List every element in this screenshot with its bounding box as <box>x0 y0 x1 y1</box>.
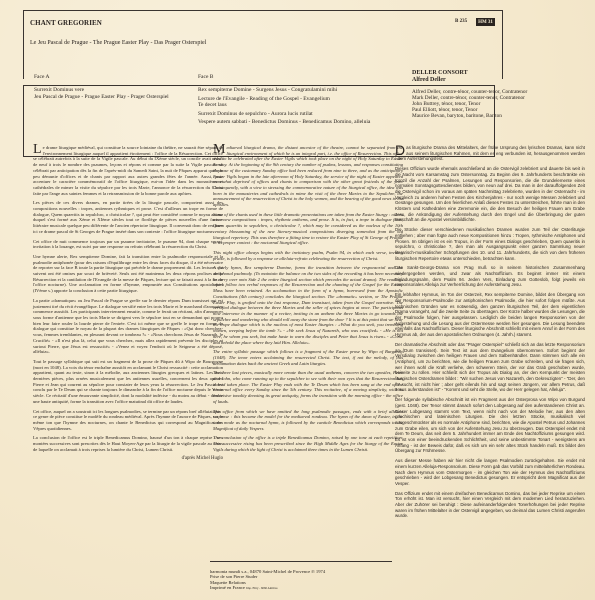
paragraph: Der folgende syllabische Abschnitt ist e… <box>395 397 585 454</box>
performers-heading: DELLER CONSORT Alfred Deller <box>412 70 468 84</box>
credit-line: Imprimé en France Imp. Eliry - 6060 Amil… <box>210 585 325 591</box>
track-item: Rex sempiterne Domine - Surgens Jesus - … <box>198 87 370 94</box>
face-a-label: Face A <box>34 74 49 80</box>
ensemble-name: DELLER CONSORT <box>412 70 468 77</box>
paragraph: Tout le passage syllabique qui suit est … <box>33 359 223 405</box>
printer-credit: Imp. Eliry - 6060 Amilcas <box>246 586 277 590</box>
track-item: Vespere autem sabbati - Benedictus Domin… <box>198 119 370 126</box>
paragraph: Der dramatische Abschnitt oder das "Prag… <box>395 342 585 393</box>
paragraph: Some of the chants used in these little … <box>213 212 403 246</box>
english-notes: Mediaeval liturgical drama, the distant … <box>213 145 403 456</box>
paragraph: Das Offizium endet mit einem dreifachen … <box>395 491 585 520</box>
paragraph: Les pièces de ces divers drames, en part… <box>33 200 223 234</box>
paragraph: La partie «dramatique» ou Jeu Pascal de … <box>33 298 223 355</box>
album-title: CHANT GREGORIEN <box>30 19 102 27</box>
paragraph: Aus dieser Messe haben wir hier nicht di… <box>395 458 585 487</box>
footer-divider <box>210 561 392 562</box>
catalog-number: B 235 <box>455 19 467 24</box>
author-signature: d'après Michel Huglo <box>33 456 223 462</box>
performer: Maurice Bevan, baryton, baritone, Barito… <box>412 113 527 119</box>
paragraph: Cet office, auquel on a soustrait ici le… <box>33 409 223 432</box>
dropcap: M <box>213 145 225 155</box>
paragraph: This office from which we have omitted t… <box>213 409 403 432</box>
dropcap: L <box>33 145 42 155</box>
paragraph: Cet office de nuit commence toujours par… <box>33 239 223 250</box>
paragraph: The conclusion of the office is a triple… <box>213 435 403 452</box>
french-notes: Le drame liturgique médiéval, qui consti… <box>33 145 223 466</box>
credits-footer: harmonia mundi s.a., 04870 Saint-Michel … <box>210 569 325 591</box>
performers-list: Alfred Deller, contre-ténor, counter-ten… <box>412 89 527 119</box>
paragraph: The three last pieces, musically more or… <box>213 370 403 404</box>
dropcap: D <box>395 145 405 155</box>
paragraph: A lively hymn, Rex sempiterne Domine, fo… <box>213 265 403 345</box>
paragraph: La conclusion de l'office est le triple … <box>33 435 223 452</box>
liner-notes-page: CHANT GREGORIEN Le Jeu Pascal de Prague … <box>0 0 595 600</box>
face-b-label: Face B <box>198 74 213 80</box>
track-item: Surrexit Dominus de sepulchro - Aurora l… <box>198 111 370 118</box>
paragraph: Das Sankt-Georgs-Drama von Prag muß so i… <box>395 265 585 288</box>
face-b-tracks: Rex sempiterne Domine - Surgens Jesus - … <box>198 87 370 128</box>
german-notes: Das liturgische Drama des Mittelalters, … <box>395 145 585 523</box>
paragraph: Une hymne alerte, Rex sempiterne Domine,… <box>33 254 223 294</box>
label-badge: HM 31 <box>476 18 495 26</box>
album-subtitle: Le Jeu Pascal de Prague - The Prague Eas… <box>30 40 206 46</box>
paragraph: Dieses Offizium wurde ehemals anschließe… <box>395 166 585 223</box>
director-name: Alfred Deller <box>412 77 468 84</box>
paragraph: This night office always begins with the… <box>213 250 403 261</box>
paragraph: Ein lebhafter Hymnus, im Ton der Osterze… <box>395 292 585 338</box>
paragraph: Die Stücke dieser verschiedenen musikali… <box>395 227 585 261</box>
face-a-tracks: Surrexit Dominus vere Jeu Pascal de Prag… <box>34 87 169 100</box>
paragraph: The entire syllabic passage which follow… <box>213 349 403 366</box>
track-item: Jeu Pascal de Prague - Prague Easter Pla… <box>34 94 169 101</box>
track-item: Te decet laus <box>198 102 370 109</box>
